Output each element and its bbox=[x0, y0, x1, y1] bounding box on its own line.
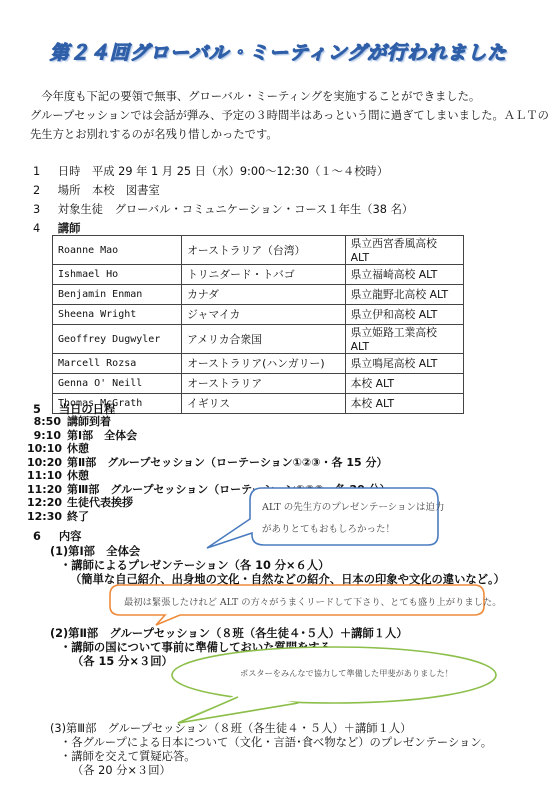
blue-bubble-line-2: がありとてもおもしろかった！ bbox=[262, 519, 445, 541]
green-bubble: ポスターをみんなで協力して準備した甲斐がありました！ bbox=[240, 668, 453, 679]
blue-bubble-line-1: ALT の先生方のプレゼンテーションは迫力 bbox=[262, 497, 445, 519]
blue-bubble: ALT の先生方のプレゼンテーションは迫力 がありとてもおもしろかった！ bbox=[262, 497, 445, 541]
speech-bubbles bbox=[0, 0, 557, 800]
orange-bubble: 最初は緊張したけれど ALT の方々がうまくリードして下さり、とても盛り上がりま… bbox=[124, 594, 502, 608]
